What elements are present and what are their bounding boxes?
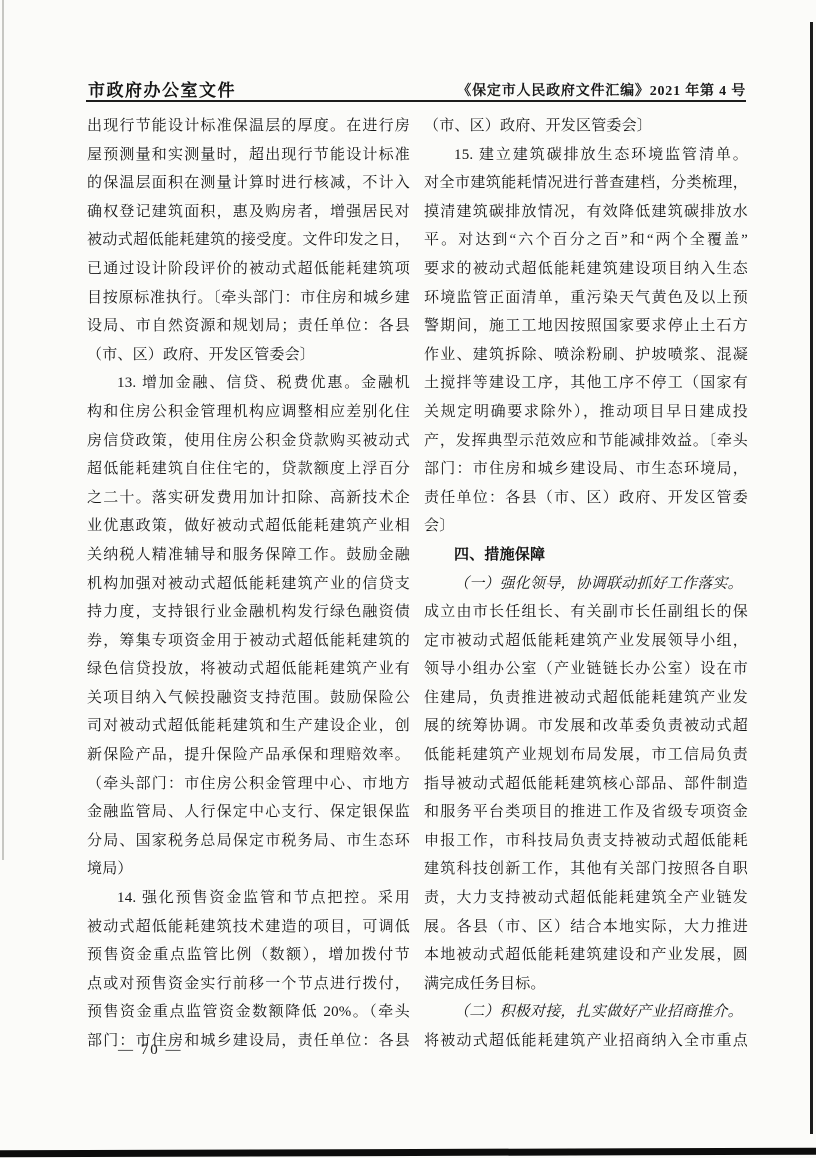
header-rule [86,100,746,102]
text-line: （牵头部门：市住房公积金管理中心、市地方 [87,770,410,799]
text-line: 业优惠政策，做好被动式超低能耗建筑产业相 [87,512,410,541]
text-line: （市、区）政府、开发区管委会〕 [87,341,410,370]
text-line: 产，发挥典型示范效应和节能减排效益。〔牵头 [424,427,748,456]
text-line: 金融监管局、人行保定中心支行、保定银保监 [87,798,410,827]
text-line: 关规定明确要求除外），推动项目早日建成投 [424,398,748,427]
text-line: （二）积极对接，扎实做好产业招商推介。 [424,998,748,1027]
text-line: 责任单位：各县（市、区）政府、开发区管委 [424,484,748,513]
document-page: 市政府办公室文件 《保定市人民政府文件汇编》2021 年第 4 号 出现行节能设… [0,0,816,1158]
text-line: 部门：市住房和城乡建设局、市生态环境局， [424,455,748,484]
text-line: 责，大力支持被动式超低能耗建筑全产业链发 [424,884,748,913]
page-number: — 70 — [118,1042,183,1059]
text-line: 13. 增加金融、信贷、税费优惠。金融机 [87,369,410,398]
text-line: 被动式超低能耗建筑技术建造的项目，可调低 [87,913,410,942]
text-line: 境局） [87,855,410,884]
text-line: 分局、国家税务总局保定市税务局、市生态环 [87,827,410,856]
text-line: 关项目纳入气候投融资支持范围。鼓励保险公 [87,684,410,713]
text-line: （市、区）政府、开发区管委会〕 [424,112,748,141]
text-line: 超低能耗建筑自住住宅的，贷款额度上浮百分 [87,455,410,484]
text-line: 出现行节能设计标准保温层的厚度。在进行房 [87,112,410,141]
text-line: 对全市建筑能耗情况进行普查建档，分类梳理， [424,169,748,198]
text-line: 平。对达到“六个百分之百”和“两个全覆盖” [424,226,748,255]
text-line: 设局、市自然资源和规划局；责任单位：各县 [87,312,410,341]
text-line: 作业、建筑拆除、喷涂粉刷、护坡喷浆、混凝 [424,341,748,370]
text-line: 和服务平台类项目的推进工作及省级专项资金 [424,798,748,827]
text-line: 土搅拌等建设工序，其他工序不停工（国家有 [424,369,748,398]
text-line: 新保险产品，提升保险产品承保和理赔效率。 [87,741,410,770]
text-line: 定市被动式超低能耗建筑产业发展领导小组， [424,627,748,656]
text-line: 券，筹集专项资金用于被动式超低能耗建筑的 [87,627,410,656]
text-line: 摸清建筑碳排放情况，有效降低建筑碳排放水 [424,198,748,227]
text-line: 14. 强化预售资金监管和节点把控。采用 [87,884,410,913]
text-line: 点或对预售资金实行前移一个节点进行拨付， [87,970,410,999]
text-line: 机构加强对被动式超低能耗建筑产业的信贷支 [87,570,410,599]
text-line: 预售资金重点监管资金数额降低 20%。（牵头 [87,998,410,1027]
text-line: 四、措施保障 [424,541,748,570]
scan-edge-left-artifact [2,0,4,860]
text-line: 预售资金重点监管比例（数额），增加拨付节 [87,941,410,970]
text-line: 关纳税人精准辅导和服务保障工作。鼓励金融 [87,541,410,570]
text-line: （一）强化领导，协调联动抓好工作落实。 [424,570,748,599]
text-line: 目按原标准执行。〔牵头部门：市住房和城乡建 [87,284,410,313]
text-line: 建筑科技创新工作，其他有关部门按照各自职 [424,855,748,884]
text-line: 要求的被动式超低能耗建筑建设项目纳入生态 [424,255,748,284]
text-line: 申报工作，市科技局负责支持被动式超低能耗 [424,827,748,856]
text-line: 构和住房公积金管理机构应调整相应差别化住 [87,398,410,427]
text-line: 持力度，支持银行业金融机构发行绿色融资债 [87,598,410,627]
text-line: 本地被动式超低能耗建筑建设和产业发展，圆 [424,941,748,970]
text-line: 确权登记建筑面积，惠及购房者，增强居民对 [87,198,410,227]
text-line: 住建局，负责推进被动式超低能耗建筑产业发 [424,684,748,713]
text-line: 满完成任务目标。 [424,970,748,999]
text-line: 15. 建立建筑碳排放生态环境监管清单。 [424,141,748,170]
header-right-title: 《保定市人民政府文件汇编》2021 年第 4 号 [457,80,746,100]
text-line: 屋预测量和实测量时，超出现行节能设计标准 [87,141,410,170]
text-line: 已通过设计阶段评价的被动式超低能耗建筑项 [87,255,410,284]
text-line: 展。各县（市、区）结合本地实际，大力推进 [424,913,748,942]
text-line: 将被动式超低能耗建筑产业招商纳入全市重点 [424,1027,748,1056]
text-line: 成立由市长任组长、有关副市长任副组长的保 [424,598,748,627]
text-line: 指导被动式超低能耗建筑核心部品、部件制造 [424,770,748,799]
scan-edge-right-artifact [810,22,813,1134]
text-line: 司对被动式超低能耗建筑和生产建设企业，创 [87,712,410,741]
text-line: 之二十。落实研发费用加计扣除、高新技术企 [87,484,410,513]
text-line: 会〕 [424,512,748,541]
text-line: 警期间，施工工地因按照国家要求停止土石方 [424,312,748,341]
left-column: 出现行节能设计标准保温层的厚度。在进行房屋预测量和实测量时，超出现行节能设计标准… [87,112,410,1056]
text-line: 展的统筹协调。市发展和改革委负责被动式超 [424,712,748,741]
scan-edge-bottom-artifact [0,1148,816,1158]
text-line: 环境监管正面清单，重污染天气黄色及以上预 [424,284,748,313]
header-left-title: 市政府办公室文件 [88,76,236,101]
text-line: 绿色信贷投放，将被动式超低能耗建筑产业有 [87,655,410,684]
text-line: 的保温层面积在测量计算时进行核减，不计入 [87,169,410,198]
right-column: （市、区）政府、开发区管委会〕15. 建立建筑碳排放生态环境监管清单。对全市建筑… [424,112,748,1056]
text-line: 领导小组办公室（产业链链长办公室）设在市 [424,655,748,684]
text-line: 低能耗建筑产业规划布局发展，市工信局负责 [424,741,748,770]
text-line: 被动式超低能耗建筑的接受度。文件印发之日， [87,226,410,255]
text-line: 房信贷政策，使用住房公积金贷款购买被动式 [87,427,410,456]
